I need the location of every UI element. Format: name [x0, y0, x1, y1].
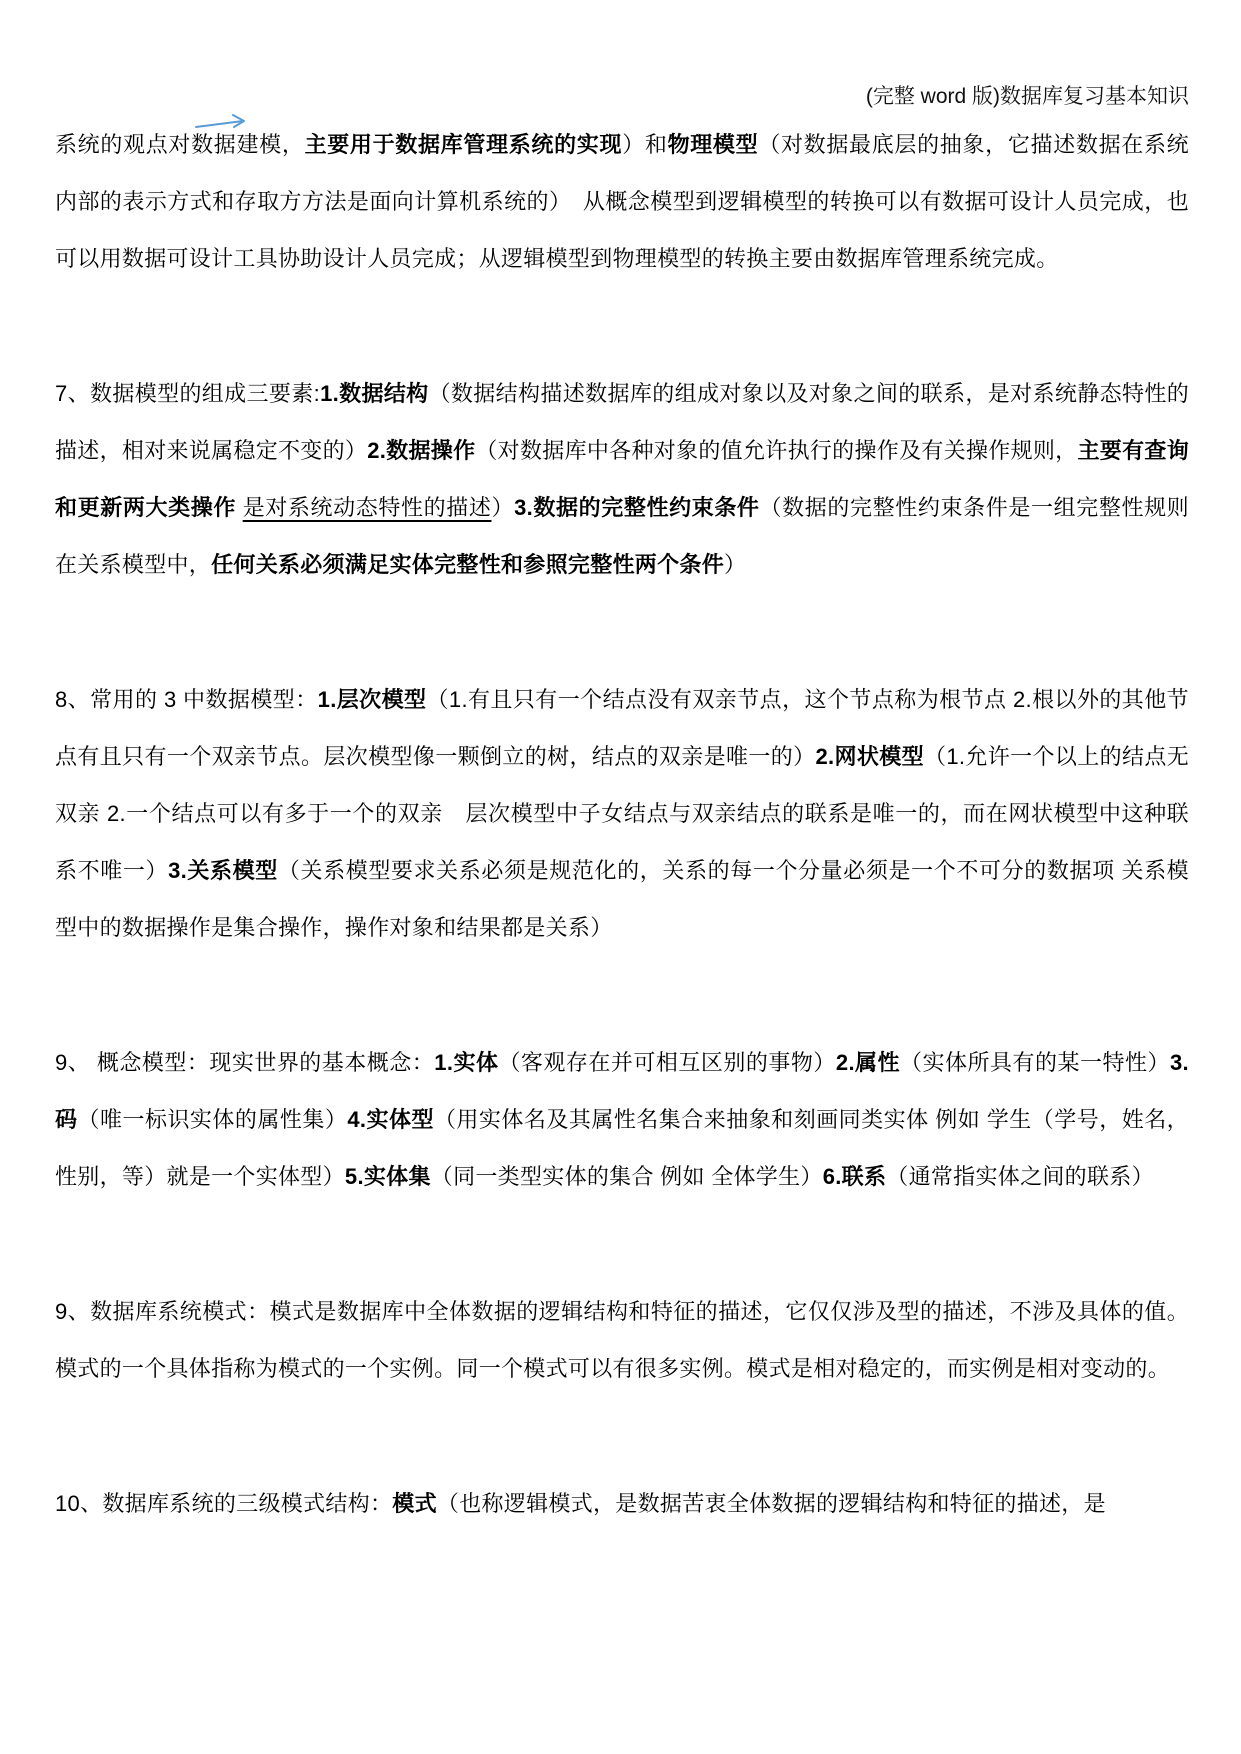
underlined-text-run: 是对系统动态特性的描述: [243, 495, 492, 520]
para-8-three-data-models: 8、常用的 3 中数据模型：1.层次模型（1.有且只有一个结点没有双亲节点，这个…: [55, 671, 1189, 956]
para-7-data-model-three-elements: 7、数据模型的组成三要素:1.数据结构（数据结构描述数据库的组成对象以及对象之间…: [55, 365, 1189, 593]
text-run: （也称逻辑模式，是数据苦衷全体数据的逻辑结构和特征的描述，是: [437, 1491, 1106, 1516]
bold-text-run: 1.数据结构: [320, 381, 429, 406]
para-9-conceptual-model: 9、 概念模型：现实世界的基本概念：1.实体（客观存在并可相互区别的事物）2.属…: [55, 1034, 1189, 1205]
text-run: （客观存在并可相互区别的事物）: [498, 1050, 835, 1075]
bold-text-run: 6.联系: [823, 1164, 887, 1189]
text-run: （对数据库中各种对象的值允许执行的操作及有关操作规则，: [475, 438, 1077, 463]
bold-text-run: 2.数据操作: [367, 438, 475, 463]
document-header-title: (完整 word 版)数据库复习基本知识: [55, 84, 1189, 110]
text-run: 系统的观点对数据建模，: [55, 132, 305, 157]
bold-text-run: 任何关系必须满足实体完整性和参照完整性两个条件: [211, 552, 724, 577]
bold-text-run: 模式: [392, 1491, 437, 1516]
text-run: 9、数据库系统模式：模式是数据库中全体数据的逻辑结构和特征的描述，它仅仅涉及型的…: [55, 1299, 1189, 1381]
bold-text-run: 5.实体集: [345, 1164, 431, 1189]
text-run: ）: [724, 552, 746, 577]
bold-text-run: 4.实体型: [347, 1107, 434, 1132]
bold-text-run: 2.网状模型: [816, 744, 925, 769]
text-run: 7、数据模型的组成三要素:: [55, 381, 320, 406]
text-run: （实体所具有的某一特性）: [900, 1050, 1170, 1075]
bold-text-run: 主要用于数据库管理系统的实现: [305, 132, 623, 157]
text-run: （通常指实体之间的联系）: [886, 1164, 1154, 1189]
bold-text-run: 3.数据的完整性约束条件: [514, 495, 759, 520]
bold-text-run: 3.关系模型: [168, 858, 278, 883]
text-run: [236, 495, 243, 520]
para-continuation-logical-physical-model: 系统的观点对数据建模，主要用于数据库管理系统的实现）和物理模型（对数据最底层的抽…: [55, 116, 1189, 287]
text-run: 9、 概念模型：现实世界的基本概念：: [55, 1050, 434, 1075]
text-run: ）: [491, 495, 514, 520]
document-body: 系统的观点对数据建模，主要用于数据库管理系统的实现）和物理模型（对数据最底层的抽…: [55, 116, 1189, 1532]
text-run: （唯一标识实体的属性集）: [78, 1107, 348, 1132]
text-run: ）和: [622, 132, 667, 157]
para-10-three-level-schema-structure: 10、数据库系统的三级模式结构：模式（也称逻辑模式，是数据苦衷全体数据的逻辑结构…: [55, 1475, 1189, 1532]
bold-text-run: 物理模型: [668, 132, 759, 157]
bold-text-run: 2.属性: [836, 1050, 900, 1075]
text-run: （同一类型实体的集合 例如 全体学生）: [431, 1164, 823, 1189]
para-9-database-system-schema: 9、数据库系统模式：模式是数据库中全体数据的逻辑结构和特征的描述，它仅仅涉及型的…: [55, 1283, 1189, 1397]
blue-arrow-annotation-icon: [195, 113, 255, 133]
text-run: 8、常用的 3 中数据模型：: [55, 687, 318, 712]
document-page: (完整 word 版)数据库复习基本知识 系统的观点对数据建模，主要用于数据库管…: [0, 0, 1241, 1754]
bold-text-run: 1.实体: [434, 1050, 498, 1075]
text-run: 10、数据库系统的三级模式结构：: [55, 1491, 392, 1516]
bold-text-run: 1.层次模型: [318, 687, 427, 712]
